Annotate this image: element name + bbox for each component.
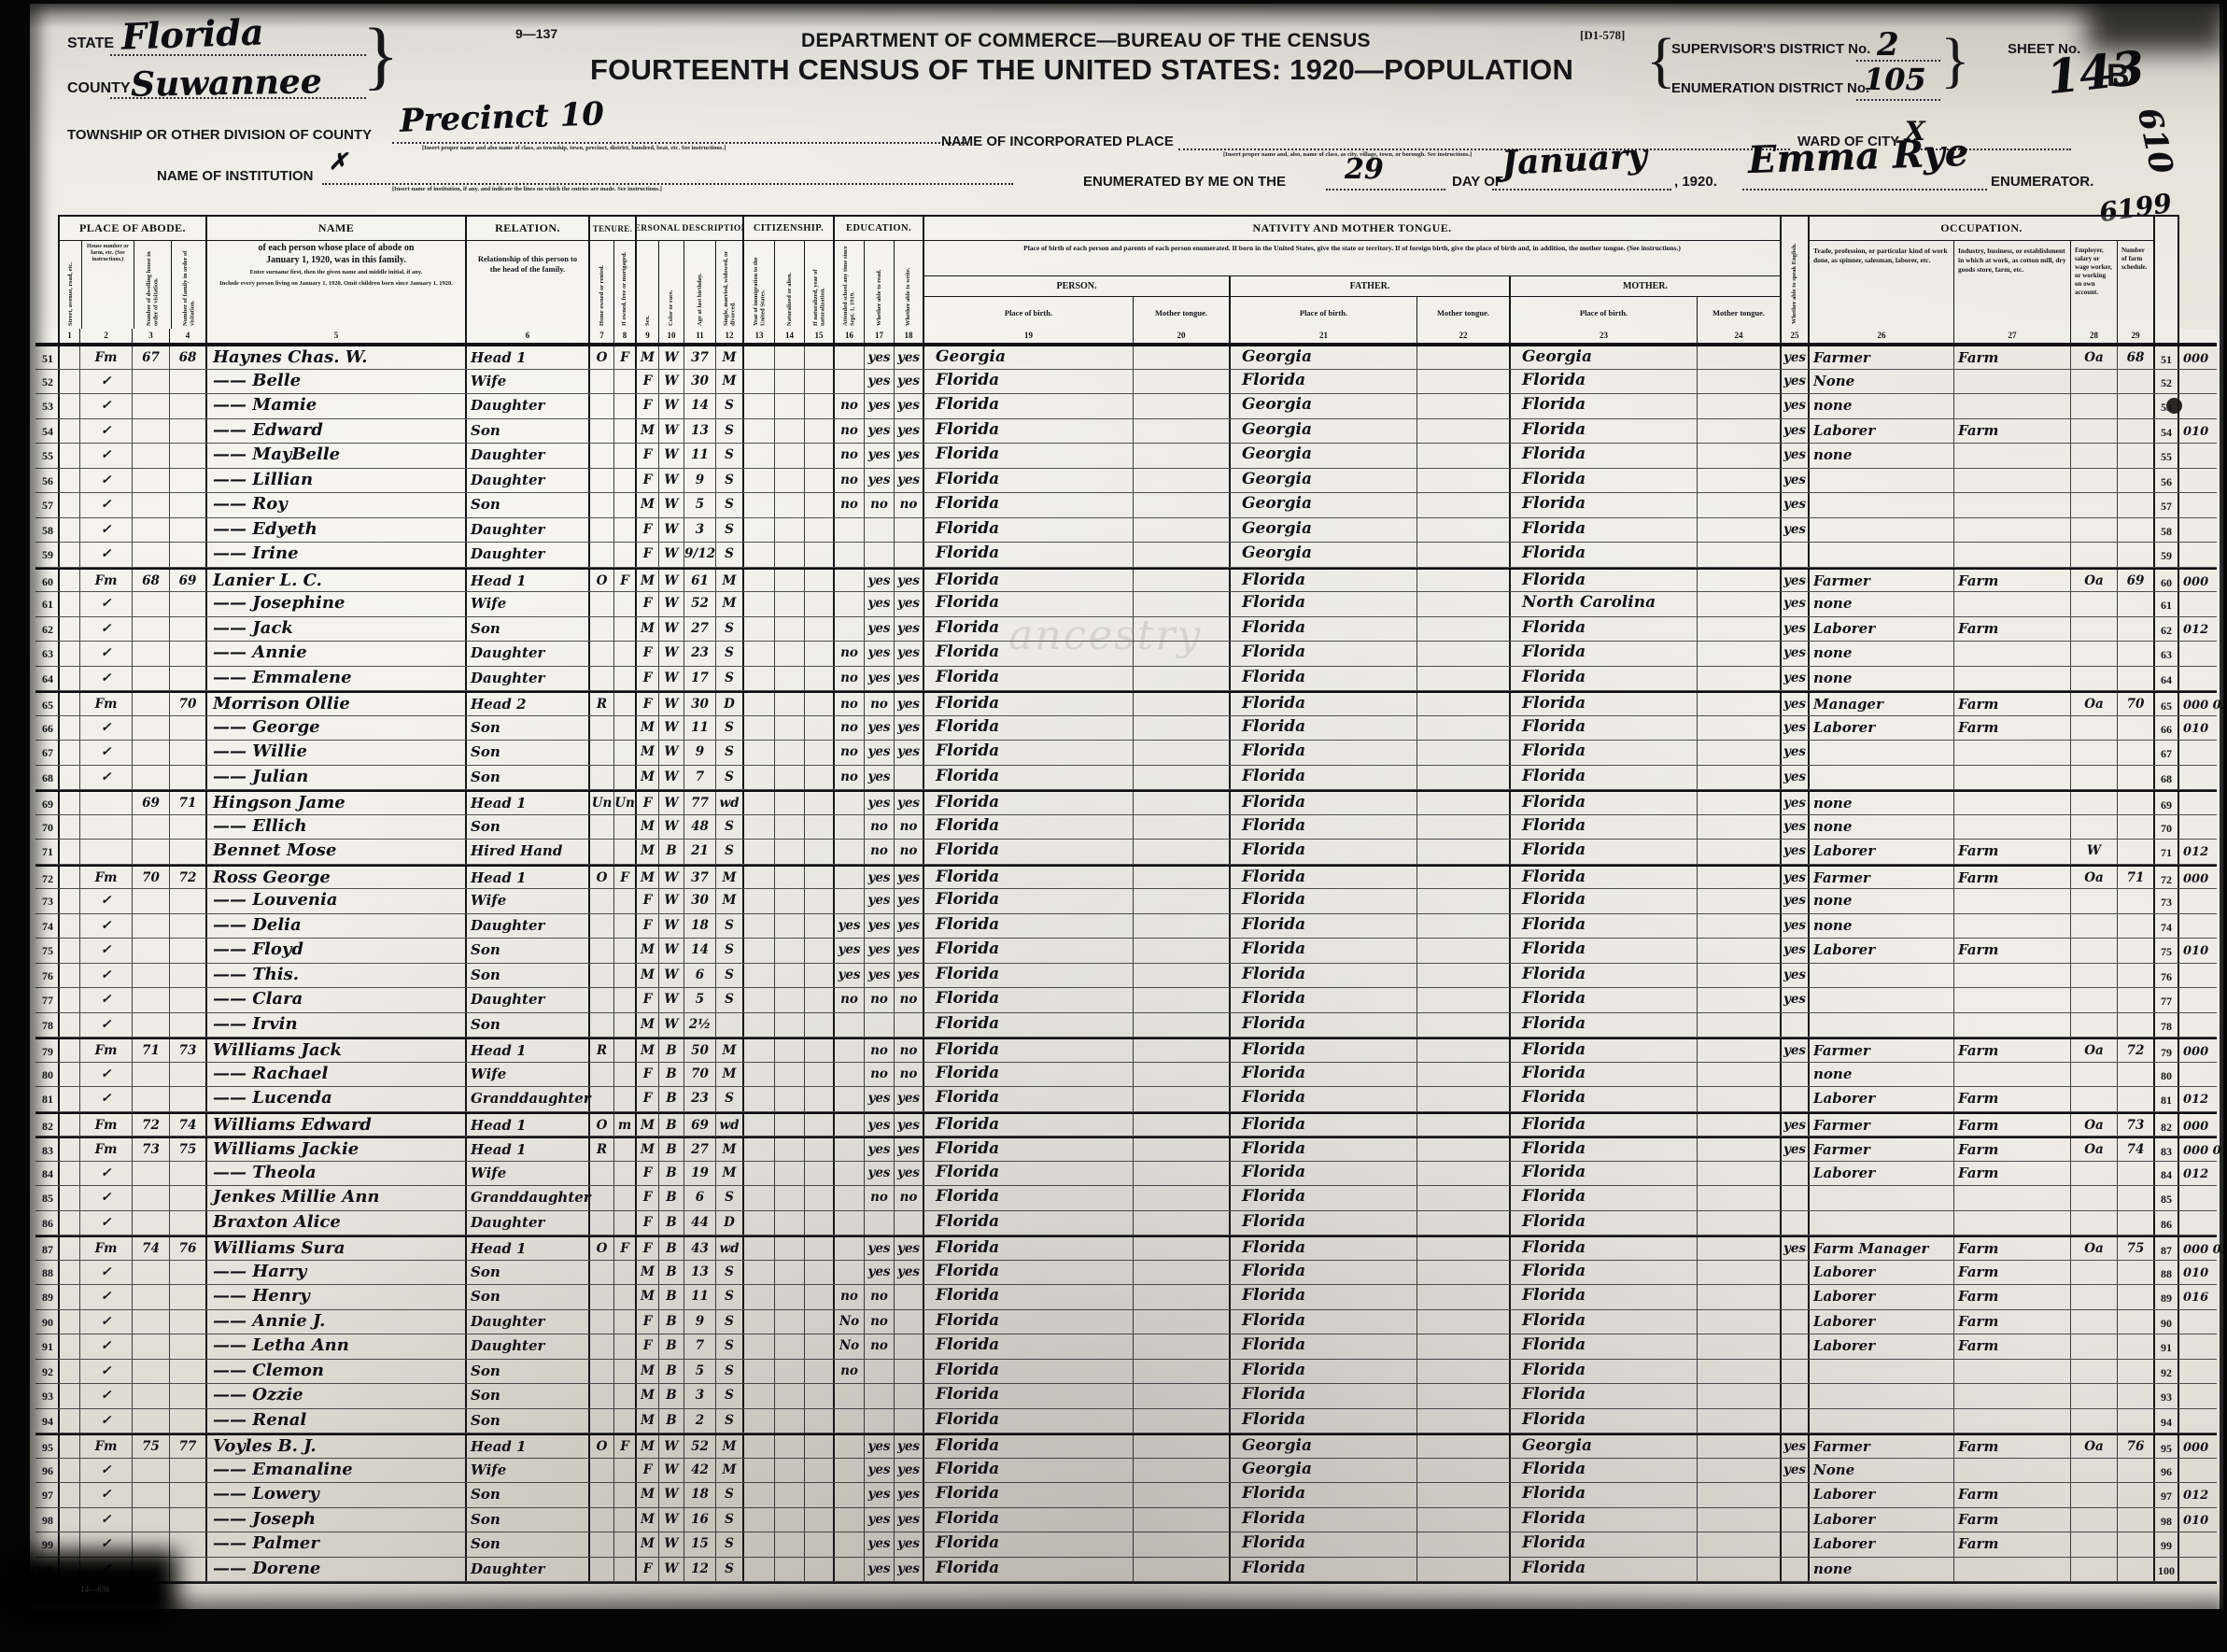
cell-mtg <box>614 914 637 939</box>
column-number: 9 <box>637 329 659 343</box>
cell-dw <box>133 1063 170 1087</box>
cell-emp <box>2071 394 2118 418</box>
state-county-brace: } <box>362 17 399 93</box>
table-row: 55✓—— MayBelleDaughterFW11SnoyesyesFlori… <box>35 444 2217 469</box>
cell-farm <box>80 840 133 864</box>
cell-ind <box>1954 444 2071 468</box>
cell-mt <box>1698 1039 1782 1062</box>
cell-ind <box>1954 1409 2071 1433</box>
cell-fam <box>170 840 207 864</box>
cell-fs <box>2118 469 2155 493</box>
cell-rd: no <box>865 1063 895 1087</box>
cell-dw <box>133 1483 170 1507</box>
cell-rd: yes <box>865 964 895 988</box>
cell-mt <box>1698 667 1782 691</box>
cell-ind: Farm <box>1954 1508 2071 1532</box>
cell-emp <box>2071 1459 2118 1483</box>
cell-c14 <box>775 939 805 963</box>
cell-mar: M <box>716 592 744 616</box>
cell-fam: 68 <box>170 346 207 369</box>
cell-mpob: Florida <box>1511 1013 1698 1038</box>
cell-mg <box>2179 988 2217 1012</box>
cell-c13 <box>744 988 775 1012</box>
cell-name: —— Dorene <box>207 1558 467 1582</box>
cell-occ <box>1810 964 1954 988</box>
cell-occ <box>1810 1384 1954 1408</box>
cell-sex: F <box>637 667 659 691</box>
cell-eng: yes <box>1782 693 1810 715</box>
cell-sex: F <box>637 792 659 814</box>
cell-mar: S <box>716 1285 744 1309</box>
cell-mar: M <box>716 570 744 592</box>
cell-mar: S <box>716 939 744 963</box>
cell-st <box>58 493 80 517</box>
cell-c13 <box>744 1532 775 1557</box>
cell-mpob: Florida <box>1511 469 1698 493</box>
cell-age: 14 <box>684 939 716 963</box>
cell-sex: M <box>637 1285 659 1309</box>
cell-fs <box>2118 964 2155 988</box>
cell-sex: M <box>637 766 659 790</box>
cell-age: 23 <box>684 1087 716 1111</box>
cell-st <box>58 1186 80 1210</box>
form-print-code: 14—836 <box>80 1585 110 1594</box>
cell-rd: yes <box>865 867 895 889</box>
cell-dw <box>133 1384 170 1408</box>
cell-mtg <box>614 1087 637 1111</box>
cell-name: Ross George <box>207 867 467 889</box>
cell-eng: yes <box>1782 716 1810 741</box>
cell-c15 <box>805 370 835 394</box>
header-margin-spacer <box>2179 215 2217 329</box>
cell-mt <box>1698 914 1782 939</box>
cell-mg <box>2179 667 2217 691</box>
cell-rel: Hired Hand <box>467 840 590 864</box>
column-number: 21 <box>1231 329 1417 343</box>
institution-note: [Insert name of institution, if any, and… <box>392 186 662 192</box>
name-note1: Enter surname first, then the given name… <box>207 269 465 276</box>
cell-sch <box>835 1063 865 1087</box>
cell-race: B <box>659 1063 684 1087</box>
cell-mpob: Florida <box>1511 1483 1698 1507</box>
cell-wr: no <box>895 815 924 840</box>
cell-dw <box>133 693 170 715</box>
cell-name: —— Annie <box>207 642 467 666</box>
nativity-desc: Place of birth of each person and parent… <box>924 241 1780 276</box>
cell-rd: no <box>865 1310 895 1334</box>
cell-ft <box>1417 1508 1511 1532</box>
cell-c14 <box>775 1039 805 1062</box>
cell-mtg <box>614 1558 637 1582</box>
cell-pob: Florida <box>924 1558 1134 1582</box>
cell-ind <box>1954 493 2071 517</box>
cell-race: W <box>659 518 684 543</box>
cell-occ <box>1810 1013 1954 1038</box>
cell-race: W <box>659 617 684 642</box>
cell-wr: yes <box>895 1508 924 1532</box>
cell-sch <box>835 1013 865 1038</box>
table-row: 58✓—— EdyethDaughterFW3SFloridaGeorgiaFl… <box>35 518 2217 544</box>
cell-farm: ✓ <box>80 988 133 1012</box>
cell-age: 13 <box>684 419 716 444</box>
cell-wr: yes <box>895 867 924 889</box>
cell-ft <box>1417 493 1511 517</box>
cell-fpob: Florida <box>1231 370 1417 394</box>
cell-mt <box>1698 1334 1782 1359</box>
cell-rel: Son <box>467 939 590 963</box>
column-number: 3 <box>133 329 170 343</box>
cell-fs <box>2118 1013 2155 1038</box>
column-number: 29 <box>2118 329 2155 343</box>
cell-c14 <box>775 592 805 616</box>
cell-mt <box>1698 964 1782 988</box>
cell-own <box>590 469 614 493</box>
cell-occ: none <box>1810 815 1954 840</box>
cell-eng: yes <box>1782 570 1810 592</box>
cell-rn: 69 <box>2155 792 2179 814</box>
cell-age: 30 <box>684 693 716 715</box>
cell-fs <box>2118 1285 2155 1309</box>
cell-wr <box>895 766 924 790</box>
cell-emp: Oa <box>2071 1114 2118 1137</box>
cell-name: —— Roy <box>207 493 467 517</box>
cell-wr <box>895 1360 924 1384</box>
cell-occ: none <box>1810 889 1954 913</box>
col4-header: Number of family in order of visitation. <box>172 241 205 329</box>
cell-c15 <box>805 1508 835 1532</box>
cell-sex: F <box>637 1186 659 1210</box>
cell-occ: Laborer <box>1810 419 1954 444</box>
cell-c14 <box>775 867 805 889</box>
group-citizenship: CITIZENSHIP. Year of immigration to the … <box>744 215 835 329</box>
column-number: 6 <box>467 329 590 343</box>
cell-race: W <box>659 964 684 988</box>
cell-ind: Farm <box>1954 1310 2071 1334</box>
cell-wr: yes <box>895 1162 924 1186</box>
relation-desc: Relationship of this person to the head … <box>467 241 588 275</box>
cell-mt <box>1698 815 1782 840</box>
cell-pob: Florida <box>924 716 1134 741</box>
incorporated-underline <box>1178 148 1790 150</box>
column-number: 11 <box>684 329 716 343</box>
cell-ln: 67 <box>35 741 58 765</box>
col11-header: Age at last birthday. <box>684 241 716 329</box>
cell-fs <box>2118 370 2155 394</box>
cell-mg <box>2179 1558 2217 1582</box>
cell-rn: 54 <box>2155 419 2179 444</box>
cell-fpob: Georgia <box>1231 444 1417 468</box>
cell-farm: ✓ <box>80 1508 133 1532</box>
cell-mg: 010 <box>2179 1508 2217 1532</box>
cell-eng <box>1782 1087 1810 1111</box>
cell-occ: Laborer <box>1810 1310 1954 1334</box>
cell-rel: Daughter <box>467 988 590 1012</box>
cell-mtg <box>614 988 637 1012</box>
cell-occ <box>1810 493 1954 517</box>
cell-occ: none <box>1810 914 1954 939</box>
table-row: 73✓—— LouveniaWifeFW30MyesyesFloridaFlor… <box>35 889 2217 914</box>
enumerator-label: ENUMERATOR. <box>1991 174 2093 190</box>
cell-ft <box>1417 617 1511 642</box>
cell-rd <box>865 518 895 543</box>
cell-rd: yes <box>865 1459 895 1483</box>
cell-mtg <box>614 1459 637 1483</box>
table-row: 93✓—— OzzieSonMB3SFloridaFloridaFlorida9… <box>35 1384 2217 1409</box>
month-value-handwriting: January <box>1501 136 1648 183</box>
watermark-text: ancestry <box>1008 612 1202 659</box>
cell-c14 <box>775 642 805 666</box>
cell-dw <box>133 914 170 939</box>
col25-label: Whether able to speak English. <box>1791 219 1797 324</box>
cell-fpob: Florida <box>1231 1532 1417 1557</box>
table-row: 75✓—— FloydSonMW14SyesyesyesFloridaFlori… <box>35 939 2217 964</box>
cell-fpob: Florida <box>1231 1063 1417 1087</box>
table-row: 90✓—— Annie J.DaughterFB9SNonoFloridaFlo… <box>35 1310 2217 1335</box>
cell-ft <box>1417 1435 1511 1458</box>
cell-ln: 72 <box>35 867 58 889</box>
cell-eng: yes <box>1782 1435 1810 1458</box>
cell-name: —— Joseph <box>207 1508 467 1532</box>
cell-mtg: F <box>614 346 637 369</box>
cell-occ: Laborer <box>1810 617 1954 642</box>
cell-st <box>58 1508 80 1532</box>
cell-mt <box>1698 1261 1782 1285</box>
cell-mg <box>2179 1459 2217 1483</box>
cell-wr: yes <box>895 889 924 913</box>
column-number: 23 <box>1511 329 1698 343</box>
cell-farm: ✓ <box>80 1063 133 1087</box>
cell-c14 <box>775 964 805 988</box>
cell-c13 <box>744 1310 775 1334</box>
cell-mt <box>1698 988 1782 1012</box>
cell-pt <box>1134 346 1231 369</box>
cell-mg: 000 <box>2179 867 2217 889</box>
cell-c15 <box>805 716 835 741</box>
cell-mg: 012 <box>2179 1087 2217 1111</box>
cell-age: 12 <box>684 1558 716 1582</box>
cell-ind: Farm <box>1954 716 2071 741</box>
cell-rel: Son <box>467 1285 590 1309</box>
cell-wr <box>895 1013 924 1038</box>
cell-occ: Laborer <box>1810 939 1954 963</box>
cell-c13 <box>744 1558 775 1582</box>
cell-mg: 010 <box>2179 939 2217 963</box>
cell-age: 18 <box>684 914 716 939</box>
cell-mt <box>1698 1558 1782 1582</box>
cell-farm: ✓ <box>80 1186 133 1210</box>
cell-c15 <box>805 1063 835 1087</box>
cell-fpob: Florida <box>1231 1508 1417 1532</box>
cell-c15 <box>805 741 835 765</box>
cell-eng <box>1782 1162 1810 1186</box>
cell-ln: 87 <box>35 1237 58 1260</box>
cell-wr: no <box>895 988 924 1012</box>
father-title: FATHER. <box>1231 276 1509 297</box>
cell-sex: M <box>637 1261 659 1285</box>
cell-pt <box>1134 988 1231 1012</box>
cell-mar: S <box>716 1261 744 1285</box>
cell-sch <box>835 1138 865 1161</box>
cell-occ: none <box>1810 792 1954 814</box>
cell-fam <box>170 815 207 840</box>
table-row: 100✓—— DoreneDaughterFW12SyesyesFloridaF… <box>35 1558 2217 1583</box>
cell-occ: Laborer <box>1810 840 1954 864</box>
cell-age: 11 <box>684 1285 716 1309</box>
col27-header: Industry, business, or establishment in … <box>1954 241 2071 329</box>
cell-pob: Florida <box>924 939 1134 963</box>
cell-ln: 64 <box>35 667 58 691</box>
cell-name: Williams Sura <box>207 1237 467 1260</box>
cell-own <box>590 1384 614 1408</box>
cell-pt <box>1134 1063 1231 1087</box>
cell-c15 <box>805 518 835 543</box>
cell-mg <box>2179 370 2217 394</box>
cell-mpob: Florida <box>1511 394 1698 418</box>
cell-fam: 77 <box>170 1435 207 1458</box>
cell-rd: no <box>865 493 895 517</box>
cell-age: 19 <box>684 1162 716 1186</box>
cell-rn: 59 <box>2155 543 2179 567</box>
col14-label: Naturalized or alien. <box>786 244 793 326</box>
supervisor-value-handwriting: 2 <box>1877 26 1899 64</box>
col3-header: Number of dwelling house in order of vis… <box>134 241 172 329</box>
cell-st <box>58 1384 80 1408</box>
cell-fam <box>170 766 207 790</box>
cell-ind: Farm <box>1954 1162 2071 1186</box>
cell-sex: M <box>637 741 659 765</box>
cell-sch <box>835 792 865 814</box>
cell-pt <box>1134 493 1231 517</box>
cell-occ: none <box>1810 444 1954 468</box>
cell-pt <box>1134 716 1231 741</box>
cell-eng <box>1782 1261 1810 1285</box>
cell-fam <box>170 617 207 642</box>
cell-st <box>58 1435 80 1458</box>
cell-fs <box>2118 617 2155 642</box>
cell-fam <box>170 1508 207 1532</box>
cell-ft <box>1417 1162 1511 1186</box>
cell-c14 <box>775 419 805 444</box>
cell-fs <box>2118 766 2155 790</box>
table-row: 82Fm7274Williams EdwardHead 1OmMB69wdyes… <box>35 1112 2217 1137</box>
cell-farm: ✓ <box>80 741 133 765</box>
cell-rd: yes <box>865 592 895 616</box>
cell-mt <box>1698 766 1782 790</box>
cell-ft <box>1417 642 1511 666</box>
cell-name: —— Edward <box>207 419 467 444</box>
cell-emp <box>2071 667 2118 691</box>
cell-farm: ✓ <box>80 716 133 741</box>
cell-c14 <box>775 693 805 715</box>
cell-pt <box>1134 1360 1231 1384</box>
cell-c13 <box>744 1013 775 1038</box>
table-row: 53✓—— MamieDaughterFW14SnoyesyesFloridaG… <box>35 394 2217 419</box>
cell-c14 <box>775 1310 805 1334</box>
cell-wr: yes <box>895 570 924 592</box>
cell-wr: yes <box>895 792 924 814</box>
cell-pt <box>1134 792 1231 814</box>
cell-dw <box>133 1360 170 1384</box>
father-tongue-label: Mother tongue. <box>1417 297 1509 329</box>
cell-mtg <box>614 1334 637 1359</box>
cell-ind: Farm <box>1954 1483 2071 1507</box>
cell-dw <box>133 469 170 493</box>
cell-emp <box>2071 1558 2118 1582</box>
group-title: TENURE. <box>590 217 635 241</box>
cell-name: —— Floyd <box>207 939 467 963</box>
cell-sex: M <box>637 493 659 517</box>
cell-emp <box>2071 964 2118 988</box>
cell-fam <box>170 1558 207 1582</box>
cell-wr: yes <box>895 1138 924 1161</box>
cell-c14 <box>775 914 805 939</box>
cell-rd: yes <box>865 766 895 790</box>
cell-fs <box>2118 716 2155 741</box>
cell-fpob: Florida <box>1231 1409 1417 1433</box>
cell-ln: 94 <box>35 1409 58 1433</box>
cell-fs: 69 <box>2118 570 2155 592</box>
cell-c14 <box>775 1384 805 1408</box>
cell-ln: 52 <box>35 370 58 394</box>
cell-mt <box>1698 346 1782 369</box>
cell-mt <box>1698 693 1782 715</box>
cell-wr: yes <box>895 1114 924 1137</box>
col16-header: Attended school any time since Sept. 1, … <box>835 241 865 329</box>
cell-farm: ✓ <box>80 1261 133 1285</box>
col11-label: Age at last birthday. <box>697 244 703 326</box>
cell-occ <box>1810 543 1954 567</box>
cell-age: 43 <box>684 1237 716 1260</box>
cell-c15 <box>805 1237 835 1260</box>
cell-pt <box>1134 1285 1231 1309</box>
cell-pt <box>1134 1087 1231 1111</box>
cell-c14 <box>775 1162 805 1186</box>
cell-ft <box>1417 1087 1511 1111</box>
cell-dw <box>133 1162 170 1186</box>
cell-rel: Daughter <box>467 667 590 691</box>
cell-ind: Farm <box>1954 570 2071 592</box>
cell-occ: Farmer <box>1810 570 1954 592</box>
column-number: 26 <box>1810 329 1954 343</box>
cell-sch: No <box>835 1334 865 1359</box>
cell-age: 18 <box>684 1483 716 1507</box>
cell-c14 <box>775 1087 805 1111</box>
cell-c14 <box>775 1261 805 1285</box>
nativity-person: PERSON. Place of birth. Mother tongue. <box>924 276 1231 329</box>
cell-mtg <box>614 1261 637 1285</box>
cell-eng <box>1782 1285 1810 1309</box>
cell-rn: 61 <box>2155 592 2179 616</box>
cell-eng: yes <box>1782 493 1810 517</box>
cell-fs: 70 <box>2118 693 2155 715</box>
cell-sch <box>835 889 865 913</box>
cell-ln: 78 <box>35 1013 58 1038</box>
cell-eng: yes <box>1782 964 1810 988</box>
cell-ft <box>1417 766 1511 790</box>
cell-emp: W <box>2071 840 2118 864</box>
cell-c14 <box>775 1013 805 1038</box>
cell-ind <box>1954 642 2071 666</box>
cell-c15 <box>805 1162 835 1186</box>
cell-fam <box>170 1409 207 1433</box>
cell-emp <box>2071 642 2118 666</box>
cell-ln: 85 <box>35 1186 58 1210</box>
cell-rn: 86 <box>2155 1211 2179 1235</box>
table-row: 51Fm6768Haynes Chas. W.Head 1OFMW37Myesy… <box>35 345 2217 370</box>
cell-c13 <box>744 1459 775 1483</box>
cell-sex: F <box>637 394 659 418</box>
cell-c13 <box>744 1483 775 1507</box>
